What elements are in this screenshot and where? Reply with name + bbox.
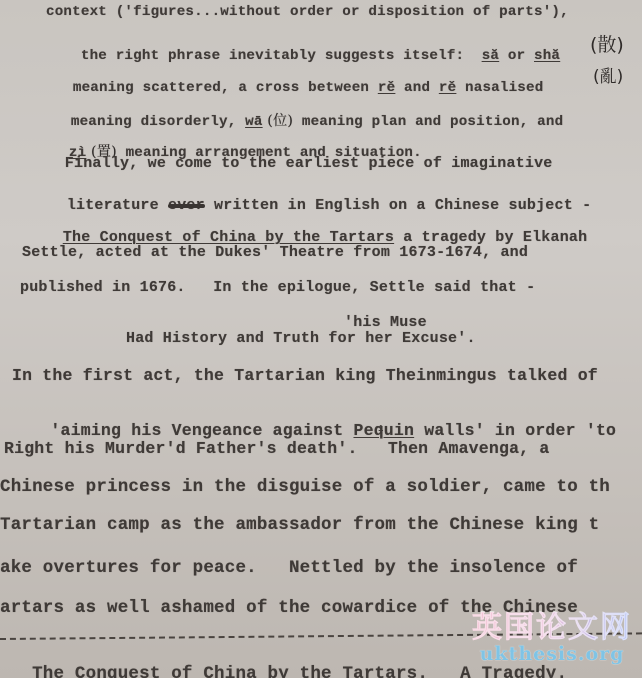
footnote-line: The Conquest of China by the Tartars. A … (0, 664, 567, 678)
romanization-sha: shă (534, 48, 560, 64)
quote-line-2: Had History and Truth for her Excuse'. (126, 330, 476, 347)
text-segment: the right phrase inevitably suggests its… (81, 48, 482, 64)
text-line-18: ake overtures for peace. Nettled by the … (0, 558, 578, 578)
text-line-17: Tartarian camp as the ambassador from th… (0, 515, 599, 535)
text-line-16: Chinese princess in the disguise of a so… (0, 477, 610, 497)
text-segment: 'aiming his Vengeance against (50, 421, 353, 440)
typewritten-page: context ('figures...without order or dis… (0, 0, 642, 678)
text-line-1: context ('figures...without order or dis… (46, 4, 569, 20)
watermark-site: ukthesis.org (472, 644, 632, 664)
text-line-9: Settle, acted at the Dukes' Theatre from… (22, 244, 528, 261)
footnote-marker: 1. (378, 424, 389, 434)
text-line-13: In the first act, the Tartarian king The… (12, 366, 598, 385)
text-line-6: Finally, we come to the earliest piece o… (28, 155, 552, 172)
handwritten-note-san: (散) (590, 30, 624, 57)
text-segment: walls' in order 'to (414, 421, 616, 440)
text-line-10: published in 1676. In the epilogue, Sett… (20, 279, 535, 296)
watermark-chinese: 英国论文网 (472, 612, 632, 644)
romanization-sa: să (482, 48, 499, 64)
watermark: 英国论文网 ukthesis.org (472, 612, 632, 664)
text-segment: or (499, 48, 534, 64)
quote-line-1: 'his Muse (344, 314, 427, 331)
text-line-15: Right his Murder'd Father's death'. Then… (4, 439, 550, 458)
handwritten-note-luan: (亂) (593, 62, 623, 87)
